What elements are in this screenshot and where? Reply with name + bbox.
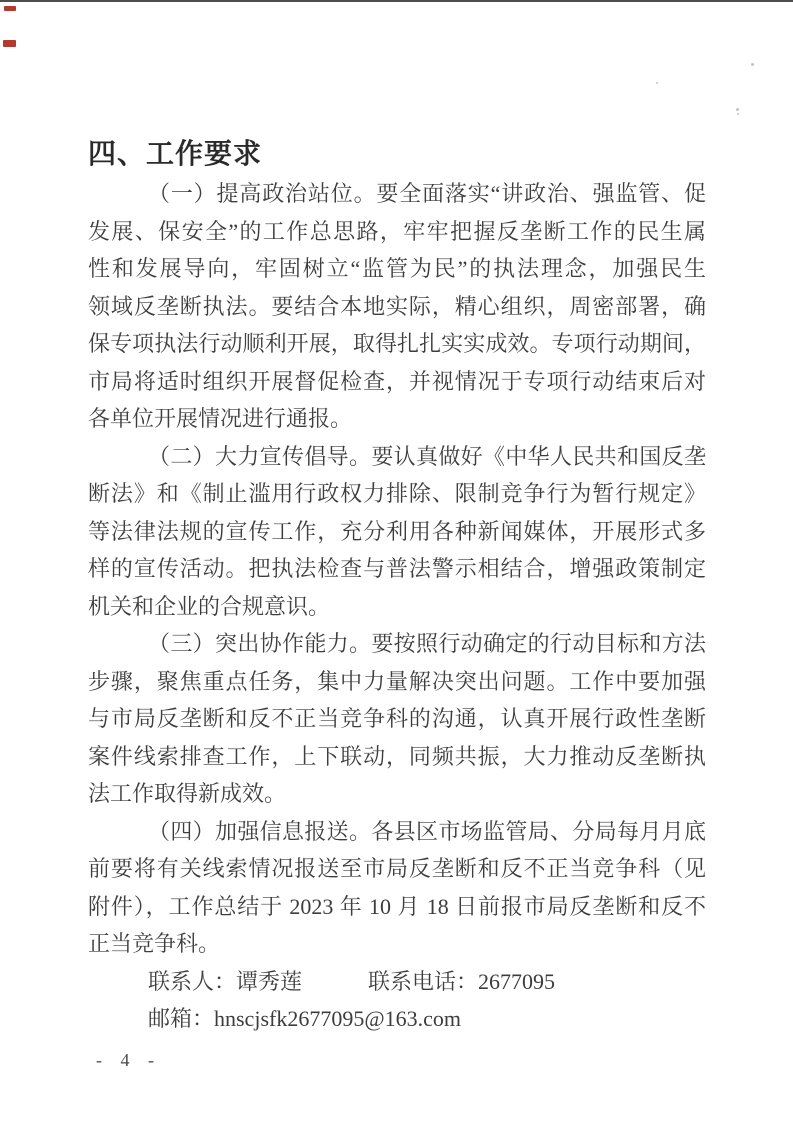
paragraph-3: （三）突出协作能力。要按照行动确定的行动目标和方法 步骤，聚焦重点任务，集中力量…	[88, 625, 706, 813]
text-line: 正当竞争科。	[88, 925, 706, 963]
scanned-document-page: 四、工作要求 （一）提高政治站位。要全面落实“讲政治、强监管、促 发展、保安全”…	[0, 0, 793, 1123]
text-line: （二）大力宣传倡导。要认真做好《中华人民共和国反垄	[88, 438, 706, 476]
text-line: 步骤，聚焦重点任务，集中力量解决突出问题。工作中要加强	[88, 663, 706, 701]
paragraph-2: （二）大力宣传倡导。要认真做好《中华人民共和国反垄 断法》和《制止滥用行政权力排…	[88, 438, 706, 626]
document-body: 四、工作要求 （一）提高政治站位。要全面落实“讲政治、强监管、促 发展、保安全”…	[88, 137, 706, 1038]
scan-red-mark-2	[3, 40, 16, 47]
text-line: 机关和企业的合规意识。	[88, 588, 706, 626]
text-line: （四）加强信息报送。各县区市场监管局、分局每月月底	[88, 813, 706, 851]
text-line: 前要将有关线索情况报送至市局反垄断和反不正当竞争科（见	[88, 850, 706, 888]
text-line: 保专项执法行动顺利开展，取得扎扎实实成效。专项行动期间，	[88, 325, 706, 363]
paragraph-1: （一）提高政治站位。要全面落实“讲政治、强监管、促 发展、保安全”的工作总思路，…	[88, 175, 706, 438]
text-line: 性和发展导向，牢固树立“监管为民”的执法理念，加强民生	[88, 250, 706, 288]
contact-line: 联系人：谭秀莲 联系电话：2677095	[88, 963, 706, 1001]
text-line: （三）突出协作能力。要按照行动确定的行动目标和方法	[88, 625, 706, 663]
scan-speck	[656, 82, 658, 84]
text-line: 等法律法规的宣传工作，充分利用各种新闻媒体，开展形式多	[88, 513, 706, 551]
paragraph-4: （四）加强信息报送。各县区市场监管局、分局每月月底 前要将有关线索情况报送至市局…	[88, 813, 706, 963]
text-line: 样的宣传活动。把执法检查与普法警示相结合，增强政策制定	[88, 550, 706, 588]
text-line: 与市局反垄断和反不正当竞争科的沟通，认真开展行政性垄断	[88, 700, 706, 738]
text-line: （一）提高政治站位。要全面落实“讲政治、强监管、促	[88, 175, 706, 213]
section-heading: 四、工作要求	[88, 137, 706, 175]
text-line: 发展、保安全”的工作总思路，牢牢把握反垄断工作的民生属	[88, 213, 706, 251]
scan-speck	[736, 108, 739, 111]
text-line: 市局将适时组织开展督促检查，并视情况于专项行动结束后对	[88, 363, 706, 401]
text-line: 领域反垄断执法。要结合本地实际，精心组织，周密部署，确	[88, 288, 706, 326]
page-number: - 4 -	[96, 1050, 161, 1071]
scan-speck	[751, 63, 754, 66]
email-line: 邮箱：hnscjsfk2677095@163.com	[88, 1000, 706, 1038]
text-line: 附件），工作总结于 2023 年 10 月 18 日前报市局反垄断和反不	[88, 888, 706, 926]
text-line: 案件线索排查工作，上下联动，同频共振，大力推动反垄断执	[88, 738, 706, 776]
text-line: 各单位开展情况进行通报。	[88, 400, 706, 438]
scan-red-mark-1	[4, 6, 16, 11]
text-line: 断法》和《制止滥用行政权力排除、限制竞争行为暂行规定》	[88, 475, 706, 513]
scan-edge-artifact	[0, 0, 793, 2]
text-line: 法工作取得新成效。	[88, 775, 706, 813]
scan-speck	[737, 113, 739, 115]
